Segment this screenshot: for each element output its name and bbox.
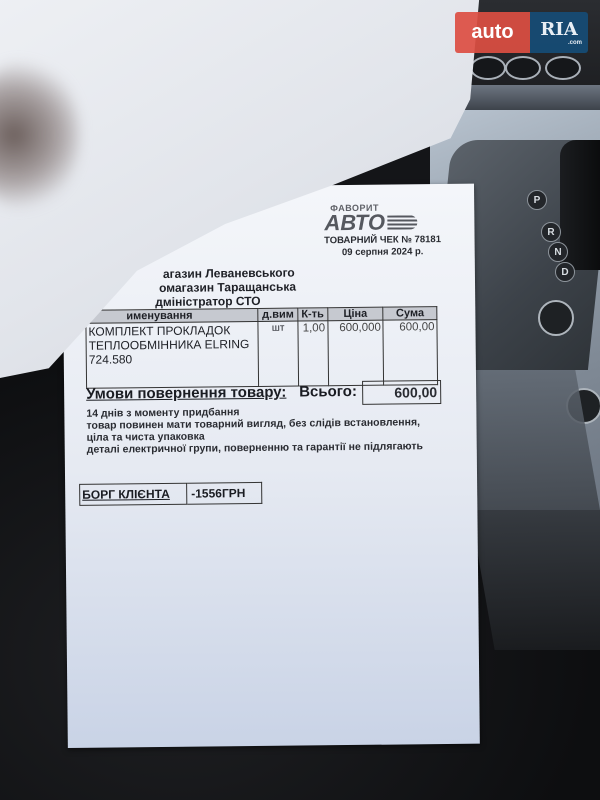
- total-label: Всього:: [299, 383, 357, 401]
- column-header-unit: д.вим: [258, 308, 298, 321]
- client-debt-label: БОРГ КЛІЄНТА: [79, 483, 187, 506]
- table-row: КОМПЛЕКТ ПРОКЛАДОК ТЕПЛООБМІННИКА ELRING…: [86, 320, 438, 388]
- item-unit: шт: [258, 321, 298, 386]
- store-line: омагазин Таращанська: [159, 280, 296, 295]
- item-sum: 600,00: [383, 320, 437, 385]
- item-name: КОМПЛЕКТ ПРОКЛАДОК ТЕПЛООБМІННИКА ELRING…: [86, 321, 259, 387]
- watermark-ria: RIA.com: [530, 12, 588, 53]
- item-qty: 1,00: [298, 321, 328, 386]
- brand-logo: ФАВОРИТ АВТО: [324, 202, 434, 233]
- brand-name: АВТО: [324, 213, 385, 234]
- client-debt-value: -1556ГРН: [187, 482, 262, 505]
- dashboard-button: [545, 56, 581, 80]
- column-header-qty: К-ть: [298, 308, 328, 321]
- dashboard-button: [505, 56, 541, 80]
- watermark-auto-text: auto: [455, 12, 530, 53]
- watermark-suffix: .com: [568, 40, 582, 46]
- watermark-ria-text: RIA: [540, 19, 577, 40]
- items-table: именування д.вим К-ть Ціна Сума КОМПЛЕКТ…: [85, 306, 438, 389]
- receipt-title: ТОВАРНИЙ ЧЕК № 78181: [293, 234, 473, 247]
- autoria-watermark: auto RIA.com: [455, 12, 588, 53]
- receipt-date: 09 серпня 2024 р.: [293, 246, 473, 259]
- store-line: агазин Леваневського: [163, 266, 295, 281]
- gear-indicator-r: R: [541, 222, 561, 242]
- photo-scene: P R N D ФАВОРИТ АВТО ТОВАРНИЙ ЧЕК № 7818…: [0, 0, 600, 800]
- console-button-icon: [538, 300, 574, 336]
- item-price: 600,000: [327, 320, 384, 385]
- total-value: 600,00: [362, 380, 441, 405]
- column-header-price: Ціна: [327, 307, 383, 321]
- dashboard-button: [470, 56, 506, 80]
- column-header-sum: Сума: [383, 307, 437, 321]
- client-debt: БОРГ КЛІЄНТА -1556ГРН: [79, 482, 262, 506]
- brand-big-text: АВТО: [324, 212, 434, 233]
- terms-line: деталі електричної групи, поверненню та …: [87, 440, 423, 456]
- return-terms: 14 днів з моменту придбання товар повине…: [86, 404, 423, 456]
- store-line: дміністратор СТО: [155, 294, 261, 309]
- car-stripes-icon: [387, 215, 417, 229]
- gear-indicator-n: N: [548, 242, 568, 262]
- gear-indicator-p: P: [527, 190, 547, 210]
- gear-indicator-d: D: [555, 262, 575, 282]
- return-terms-title: Умови повернення товару:: [86, 384, 286, 403]
